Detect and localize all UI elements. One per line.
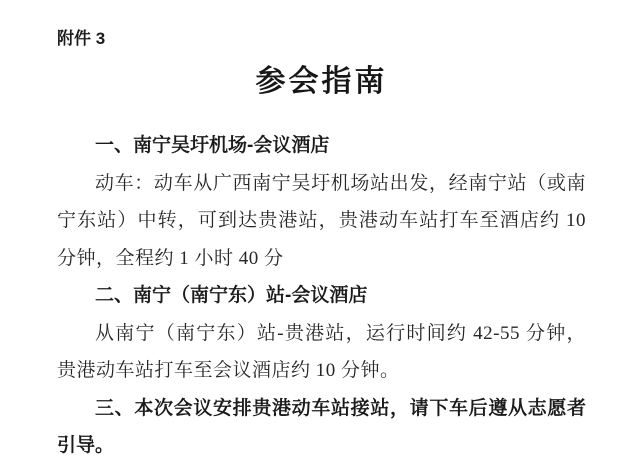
- section-2-body: 从南宁（南宁东）站-贵港站，运行时间约 42-55 分钟，贵港动车站打车至会议酒…: [57, 315, 586, 390]
- page-title: 参会指南: [57, 62, 586, 102]
- document-page: 附件 3 参会指南 一、南宁吴圩机场-会议酒店 动车：动车从广西南宁吴圩机场站出…: [0, 0, 638, 472]
- section-3-heading: 三、本次会议安排贵港动车站接站，请下车后遵从志愿者引导。: [57, 390, 586, 465]
- section-1-body: 动车：动车从广西南宁吴圩机场站出发，经南宁站（或南宁东站）中转，可到达贵港站，贵…: [57, 165, 586, 278]
- attachment-label: 附件 3: [57, 28, 586, 49]
- section-1-heading: 一、南宁吴圩机场-会议酒店: [57, 127, 586, 165]
- section-2-heading: 二、南宁（南宁东）站-会议酒店: [57, 277, 586, 315]
